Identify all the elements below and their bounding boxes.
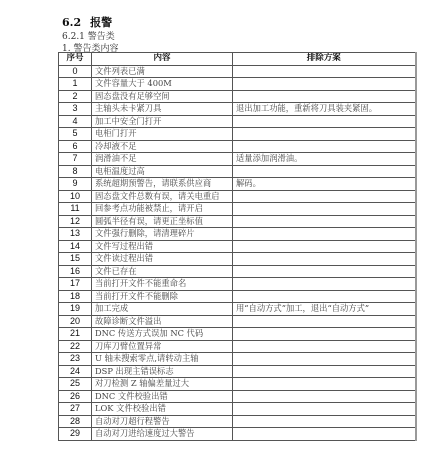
- row-content: 电柜门打开: [92, 128, 233, 141]
- table-row: 0文件列表已满: [59, 65, 416, 78]
- table-row: 19加工完成用“自动方式”加工，退出“自动方式”: [59, 303, 416, 316]
- row-content: 固态盘没有足够空间: [92, 90, 233, 103]
- row-content: 固态盘文件总数有误，请关电重启: [92, 190, 233, 203]
- table-row: 29自动对刀进给速度过大警告: [59, 428, 416, 441]
- header-fix: 排除方案: [233, 53, 416, 66]
- table-row: 24DSP 出现主错误标志: [59, 365, 416, 378]
- row-index: 0: [59, 65, 92, 78]
- row-fix: [233, 90, 416, 103]
- row-content: 主轴头未卡紧刀具: [92, 103, 233, 116]
- row-index: 18: [59, 290, 92, 303]
- row-index: 29: [59, 428, 92, 441]
- table-row: 14文件写过程出错: [59, 240, 416, 253]
- row-fix: 用“自动方式”加工，退出“自动方式”: [233, 303, 416, 316]
- row-content: LOK 文件校验出错: [92, 403, 233, 416]
- table-row: 8电柜温度过高: [59, 165, 416, 178]
- row-fix: [233, 140, 416, 153]
- row-fix: [233, 428, 416, 441]
- row-index: 5: [59, 128, 92, 141]
- row-content: 冷却液不足: [92, 140, 233, 153]
- table-row: 26DNC 文件校验出错: [59, 390, 416, 403]
- row-fix: [233, 228, 416, 241]
- row-index: 3: [59, 103, 92, 116]
- row-content: 文件读过程出错: [92, 253, 233, 266]
- row-index: 10: [59, 190, 92, 203]
- section-number: 6.2: [62, 16, 81, 29]
- row-fix: [233, 65, 416, 78]
- row-index: 23: [59, 353, 92, 366]
- row-content: 当前打开文件不能重命名: [92, 278, 233, 291]
- row-content: DNC 文件校验出错: [92, 390, 233, 403]
- row-content: 加工完成: [92, 303, 233, 316]
- table-row: 11回参考点功能被禁止，请开启: [59, 203, 416, 216]
- section-title: 报警: [90, 16, 112, 29]
- row-fix: [233, 290, 416, 303]
- row-fix: [233, 253, 416, 266]
- row-content: 自动对刀超行程警告: [92, 415, 233, 428]
- row-fix: [233, 328, 416, 341]
- row-index: 27: [59, 403, 92, 416]
- row-content: 文件已存在: [92, 265, 233, 278]
- table-row: 17当前打开文件不能重命名: [59, 278, 416, 291]
- table-row: 7润滑油不足适量添加润滑油。: [59, 153, 416, 166]
- table-row: 5电柜门打开: [59, 128, 416, 141]
- row-fix: [233, 340, 416, 353]
- row-fix: [233, 378, 416, 391]
- row-index: 25: [59, 378, 92, 391]
- table-row: 22刀库刀臂位置异常: [59, 340, 416, 353]
- row-fix: 适量添加润滑油。: [233, 153, 416, 166]
- row-content: 文件列表已满: [92, 65, 233, 78]
- row-index: 11: [59, 203, 92, 216]
- warning-table: 序号 内容 排除方案 0文件列表已满1文件容量大于 400M2固态盘没有足够空间…: [58, 52, 417, 441]
- row-fix: [233, 278, 416, 291]
- row-index: 26: [59, 390, 92, 403]
- row-content: 润滑油不足: [92, 153, 233, 166]
- row-content: 文件容量大于 400M: [92, 78, 233, 91]
- table-row: 27LOK 文件校验出错: [59, 403, 416, 416]
- table-header-row: 序号 内容 排除方案: [59, 53, 416, 66]
- row-content: 回参考点功能被禁止，请开启: [92, 203, 233, 216]
- row-index: 14: [59, 240, 92, 253]
- row-index: 20: [59, 315, 92, 328]
- table-row: 21DNC 传送方式误加 NC 代码: [59, 328, 416, 341]
- table-row: 10固态盘文件总数有误，请关电重启: [59, 190, 416, 203]
- row-fix: 解码。: [233, 178, 416, 191]
- row-index: 24: [59, 365, 92, 378]
- row-index: 17: [59, 278, 92, 291]
- row-content: 刀库刀臂位置异常: [92, 340, 233, 353]
- row-content: 电柜温度过高: [92, 165, 233, 178]
- row-fix: [233, 390, 416, 403]
- table-row: 15文件读过程出错: [59, 253, 416, 266]
- row-fix: [233, 240, 416, 253]
- row-fix: [233, 165, 416, 178]
- row-fix: [233, 403, 416, 416]
- row-content: 系统超期预警告，请联系供应商: [92, 178, 233, 191]
- row-content: 加工中安全门打开: [92, 115, 233, 128]
- row-index: 2: [59, 90, 92, 103]
- row-content: 当前打开文件不能删除: [92, 290, 233, 303]
- table-row: 9系统超期预警告，请联系供应商解码。: [59, 178, 416, 191]
- row-content: DSP 出现主错误标志: [92, 365, 233, 378]
- row-index: 9: [59, 178, 92, 191]
- table-row: 18当前打开文件不能删除: [59, 290, 416, 303]
- header-index: 序号: [59, 53, 92, 66]
- table-row: 23U 轴未搜索零点,请转动主轴: [59, 353, 416, 366]
- row-index: 28: [59, 415, 92, 428]
- row-content: 对刀检测 Z 轴偏差量过大: [92, 378, 233, 391]
- row-content: U 轴未搜索零点,请转动主轴: [92, 353, 233, 366]
- table-row: 28自动对刀超行程警告: [59, 415, 416, 428]
- table-row: 12圆弧半径有误，请更正坐标值: [59, 215, 416, 228]
- row-fix: [233, 353, 416, 366]
- table-row: 20故障诊断文件溢出: [59, 315, 416, 328]
- row-fix: [233, 365, 416, 378]
- row-fix: [233, 215, 416, 228]
- row-index: 1: [59, 78, 92, 91]
- row-fix: [233, 203, 416, 216]
- row-index: 22: [59, 340, 92, 353]
- row-content: 文件写过程出错: [92, 240, 233, 253]
- header-content: 内容: [92, 53, 233, 66]
- row-fix: [233, 315, 416, 328]
- row-fix: [233, 78, 416, 91]
- row-content: DNC 传送方式误加 NC 代码: [92, 328, 233, 341]
- row-fix: [233, 128, 416, 141]
- row-content: 故障诊断文件溢出: [92, 315, 233, 328]
- table-row: 1文件容量大于 400M: [59, 78, 416, 91]
- row-index: 15: [59, 253, 92, 266]
- row-index: 21: [59, 328, 92, 341]
- row-index: 8: [59, 165, 92, 178]
- row-fix: [233, 415, 416, 428]
- table-row: 16文件已存在: [59, 265, 416, 278]
- row-fix: 退出加工功能，重新将刀具装夹紧固。: [233, 103, 416, 116]
- table-row: 4加工中安全门打开: [59, 115, 416, 128]
- table-row: 6冷却液不足: [59, 140, 416, 153]
- row-index: 4: [59, 115, 92, 128]
- row-index: 13: [59, 228, 92, 241]
- table-row: 13文件强行删除，请清理碎片: [59, 228, 416, 241]
- row-index: 19: [59, 303, 92, 316]
- row-index: 6: [59, 140, 92, 153]
- section-heading: 6.2报警: [62, 14, 112, 30]
- row-content: 文件强行删除，请清理碎片: [92, 228, 233, 241]
- row-index: 7: [59, 153, 92, 166]
- row-index: 16: [59, 265, 92, 278]
- table-row: 2固态盘没有足够空间: [59, 90, 416, 103]
- row-index: 12: [59, 215, 92, 228]
- table-row: 3主轴头未卡紧刀具退出加工功能，重新将刀具装夹紧固。: [59, 103, 416, 116]
- row-fix: [233, 190, 416, 203]
- row-content: 自动对刀进给速度过大警告: [92, 428, 233, 441]
- row-content: 圆弧半径有误，请更正坐标值: [92, 215, 233, 228]
- table-row: 25对刀检测 Z 轴偏差量过大: [59, 378, 416, 391]
- row-fix: [233, 115, 416, 128]
- row-fix: [233, 265, 416, 278]
